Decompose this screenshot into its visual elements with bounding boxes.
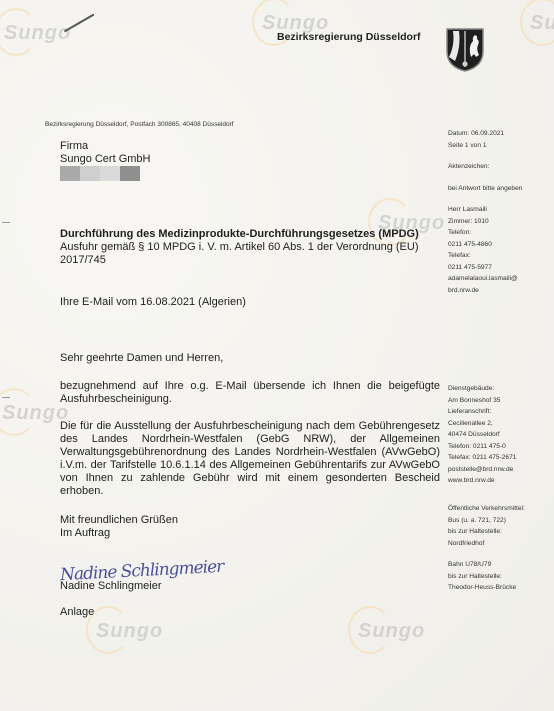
fax: 0211 475-5977 <box>448 262 553 274</box>
office-label: Dienstgebäude: <box>448 383 553 395</box>
email-part-1: adamelalaoui.lasmaili@ <box>448 273 553 285</box>
body-paragraph-1: bezugnehmend auf Ihre o.g. E-Mail überse… <box>60 380 440 406</box>
phone: 0211 475-4860 <box>448 239 553 251</box>
salutation: Sehr geehrte Damen und Herren, <box>60 352 440 365</box>
body-paragraph-2: Die für die Ausstellung der Ausfuhrbesch… <box>60 420 440 498</box>
delivery-city: 40474 Düsseldorf <box>448 429 553 441</box>
closing-greeting: Mit freundlichen Grüßen <box>60 514 440 527</box>
reference-line: Ihre E-Mail vom 16.08.2021 (Algerien) <box>60 296 246 308</box>
phone-label: Telefon: <box>448 227 553 239</box>
file-ref-label: Aktenzeichen: <box>448 161 553 173</box>
redaction-block <box>100 166 120 181</box>
subject-block: Durchführung des Medizinprodukte-Durchfü… <box>60 228 430 267</box>
sender-address-line: Bezirksregierung Düsseldorf, Postfach 30… <box>45 121 234 128</box>
redaction-block <box>80 166 100 181</box>
rail-lines: Bahn U78/U79 <box>448 559 553 571</box>
on-behalf: Im Auftrag <box>60 527 440 540</box>
transit-label: Öffentliche Verkehrsmittel: <box>448 503 553 515</box>
redaction-block <box>60 166 80 181</box>
watermark-logo: Sungo <box>96 620 163 643</box>
rail-stop: Theodor-Heuss-Brücke <box>448 582 553 594</box>
website: www.brd.nrw.de <box>448 475 553 487</box>
email-part-2: brd.nrw.de <box>448 285 553 297</box>
fax-label: Telefax: <box>448 250 553 262</box>
contact-name: Herr Lasmaili <box>448 204 553 216</box>
sidebar-meta: Datum: 06.09.2021 Seite 1 von 1 Aktenzei… <box>448 128 553 296</box>
delivery-label: Lieferanschrift: <box>448 406 553 418</box>
recipient-line: Firma <box>60 140 150 153</box>
closing: Mit freundlichen Grüßen Im Auftrag <box>60 514 440 540</box>
main-fax: Telefax: 0211 475-2671 <box>448 452 553 464</box>
subject-subtitle: Ausfuhr gemäß § 10 MPDG i. V. m. Artikel… <box>60 241 418 266</box>
authority-name: Bezirksregierung Düsseldorf <box>277 31 421 43</box>
main-phone: Telefon: 0211 475-0 <box>448 441 553 453</box>
redacted-address <box>60 166 140 181</box>
sidebar-transit: Öffentliche Verkehrsmittel: Bus (u. a. 7… <box>448 503 553 594</box>
office-address: Am Bonneshof 35 <box>448 395 553 407</box>
recipient-address: Firma Sungo Cert GmbH <box>60 140 150 166</box>
rail-stop-label: bis zur Haltestelle: <box>448 571 553 583</box>
delivery-street: Cecilienallee 2, <box>448 418 553 430</box>
bus-stop: Nordfriedhof <box>448 538 553 550</box>
bus-lines: Bus (u. a. 721, 722) <box>448 515 553 527</box>
signer-name: Nadine Schlingmeier <box>60 580 440 593</box>
letter-date: Datum: 06.09.2021 <box>448 128 553 140</box>
fold-mark <box>2 222 10 223</box>
recipient-company: Sungo Cert GmbH <box>60 153 150 166</box>
nrw-coat-of-arms-icon <box>445 27 485 73</box>
page-count: Seite 1 von 1 <box>448 140 553 152</box>
main-email: poststelle@brd.nrw.de <box>448 464 553 476</box>
redaction-block <box>120 166 140 181</box>
fold-mark <box>2 397 10 398</box>
letter-page: Sungo Sungo Sungo Sungo Sungo Sungo Sung… <box>0 0 554 711</box>
watermark-logo: Sungo <box>358 620 425 643</box>
watermark-logo: Sungo <box>4 22 71 45</box>
room: Zimmer: 1010 <box>448 216 553 228</box>
watermark-logo: Sungo <box>530 12 554 35</box>
file-ref-note: bei Antwort bitte angeben <box>448 183 553 195</box>
bus-stop-label: bis zur Haltestelle: <box>448 526 553 538</box>
subject-title: Durchführung des Medizinprodukte-Durchfü… <box>60 228 430 241</box>
attachment-note: Anlage <box>60 606 440 619</box>
sidebar-office: Dienstgebäude: Am Bonneshof 35 Lieferans… <box>448 383 553 487</box>
